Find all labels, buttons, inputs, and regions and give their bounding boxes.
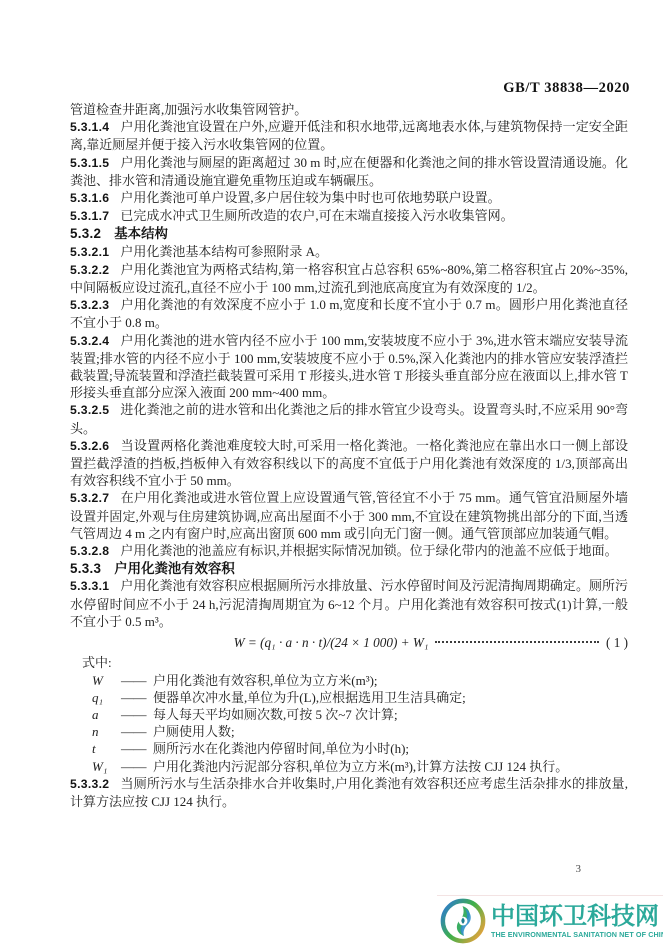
clause-number: 5.3.1.7 [70, 209, 109, 223]
symbol: q₁ [92, 689, 121, 706]
clause-number: 5.3.3.2 [70, 777, 109, 791]
document-page: GB/T 38838—2020 管道检查井距离,加强污水收集管网管护。 5.3.… [0, 0, 663, 945]
symbol: W₁ [92, 758, 121, 775]
continuation-paragraph: 管道检查井距离,加强污水收集管网管护。 [70, 101, 628, 118]
clause-5-3-1-6: 5.3.1.6户用化粪池可单户设置,多户居住较为集中时也可依地势联户设置。 [70, 189, 628, 207]
clause-text: 户用化粪池的进水管内径不应小于 100 mm,安装坡度不应小于 3%,进水管末端… [70, 333, 628, 401]
symbol: a [92, 706, 121, 723]
dash: —— [121, 706, 146, 723]
section-title: 户用化粪池有效容积 [114, 561, 235, 576]
clause-text: 户用化粪池的有效深度不应小于 1.0 m,宽度和长度不宜小于 0.7 m。圆形户… [70, 297, 628, 330]
dash: —— [121, 723, 146, 740]
clause-5-3-1-4: 5.3.1.4户用化粪池宜设置在户外,应避开低洼和积水地带,远离地表水体,与建筑… [70, 118, 628, 153]
dotted-leader [435, 641, 599, 643]
clause-text: 已完成水冲式卫生厕所改造的农户,可在末端直接接入污水收集管网。 [120, 208, 513, 223]
definition-t: t —— 厕所污水在化粪池内停留时间,单位为小时(h); [70, 740, 628, 757]
clause-5-3-2-4: 5.3.2.4户用化粪池的进水管内径不应小于 100 mm,安装坡度不应小于 3… [70, 332, 628, 402]
logo-subtitle-en: THE ENVIRONMENTAL SANITATION NET OF CHIN… [491, 930, 663, 939]
section-number: 5.3.3 [70, 561, 101, 576]
symbol: W [92, 672, 121, 689]
clause-number: 5.3.1.6 [70, 191, 109, 205]
clause-number: 5.3.2.5 [70, 403, 109, 417]
clause-text: 当设置两格化粪池难度较大时,可采用一格化粪池。一格化粪池应在靠出水口一侧上部设置… [70, 438, 628, 488]
paragraph-text: 管道检查井距离,加强污水收集管网管护。 [70, 102, 307, 117]
clause-number: 5.3.2.2 [70, 263, 109, 277]
definition-a: a —— 每人每天平均如厕次数,可按 5 次~7 次计算; [70, 706, 628, 723]
clause-5-3-1-5: 5.3.1.5户用化粪池与厕屋的距离超过 30 m 时,应在便器和化粪池之间的排… [70, 154, 628, 189]
clause-number: 5.3.2.8 [70, 544, 109, 558]
standard-number: GB/T 38838—2020 [503, 80, 630, 97]
clause-text: 在户用化粪池或进水管位置上应设置通气管,管径宜不小于 75 mm。通气管宜沿厕屋… [70, 490, 628, 540]
clause-5-3-2-8: 5.3.2.8户用化粪池的池盖应有标识,并根据实际情况加锁。位于绿化带内的池盖不… [70, 542, 628, 560]
clause-5-3-2-5: 5.3.2.5进化粪池之前的进水管和出化粪池之后的排水管宜少设弯头。设置弯头时,… [70, 401, 628, 436]
definition-q1: q₁ —— 便器单次冲水量,单位为升(L),应根据选用卫生洁具确定; [70, 689, 628, 706]
clause-number: 5.3.3.1 [70, 579, 109, 593]
clause-number: 5.3.1.4 [70, 120, 109, 134]
clause-5-3-2-6: 5.3.2.6当设置两格化粪池难度较大时,可采用一格化粪池。一格化粪池应在靠出水… [70, 437, 628, 490]
clause-5-3-3-2: 5.3.3.2当厕所污水与生活杂排水合并收集时,户用化粪池有效容积还应考虑生活杂… [70, 775, 628, 810]
dash: —— [121, 740, 146, 757]
clause-text: 户用化粪池可单户设置,多户居住较为集中时也可依地势联户设置。 [120, 190, 500, 205]
clause-number: 5.3.2.7 [70, 491, 109, 505]
formula-expression: W = (q₁ · a · n · t)/(24 × 1 000) + W₁ [234, 634, 429, 651]
page-number: 3 [576, 863, 582, 875]
clause-text: 户用化粪池与厕屋的距离超过 30 m 时,应在便器和化粪池之间的排水管设置清通设… [70, 155, 628, 188]
equation-1: W = (q₁ · a · n · t)/(24 × 1 000) + W₁ (… [70, 634, 628, 651]
symbol: n [92, 723, 121, 740]
clause-5-3-1-7: 5.3.1.7已完成水冲式卫生厕所改造的农户,可在末端直接接入污水收集管网。 [70, 207, 628, 225]
clause-text: 当厕所污水与生活杂排水合并收集时,户用化粪池有效容积还应考虑生活杂排水的排放量,… [70, 776, 628, 809]
section-title: 基本结构 [114, 226, 168, 241]
clause-5-3-3-1: 5.3.3.1户用化粪池有效容积应根据厕所污水排放量、污水停留时间及污泥清掏周期… [70, 577, 628, 630]
definition-n: n —— 户厕使用人数; [70, 723, 628, 740]
clause-text: 进化粪池之前的进水管和出化粪池之后的排水管宜少设弯头。设置弯头时,不应采用 90… [70, 402, 628, 435]
definition-text: 厕所污水在化粪池内停留时间,单位为小时(h); [153, 740, 628, 757]
clause-5-3-2-3: 5.3.2.3户用化粪池的有效深度不应小于 1.0 m,宽度和长度不宜小于 0.… [70, 296, 628, 331]
section-heading-5-3-3: 5.3.3户用化粪池有效容积 [70, 560, 628, 577]
clause-text: 户用化粪池宜为两格式结构,第一格容积宜占总容积 65%~80%,第二格容积宜占 … [70, 262, 628, 295]
document-body: 管道检查井距离,加强污水收集管网管护。 5.3.1.4户用化粪池宜设置在户外,应… [70, 101, 628, 810]
clause-text: 户用化粪池有效容积应根据厕所污水排放量、污水停留时间及污泥清掏周期确定。厕所污水… [70, 578, 628, 628]
definition-text: 户用化粪池有效容积,单位为立方米(m³); [153, 672, 628, 689]
equation-number: ( 1 ) [606, 634, 628, 651]
clause-text: 户用化粪池基本结构可参照附录 A。 [120, 244, 328, 259]
clause-text: 户用化粪池宜设置在户外,应避开低洼和积水地带,远离地表水体,与建筑物保持一定安全… [70, 119, 628, 152]
where-label: 式中: [70, 654, 628, 671]
definition-W1: W₁ —— 户用化粪池内污泥部分容积,单位为立方米(m³),计算方法按 CJJ … [70, 758, 628, 775]
logo-icon [440, 898, 486, 944]
symbol: t [92, 740, 121, 757]
clause-5-3-2-7: 5.3.2.7在户用化粪池或进水管位置上应设置通气管,管径宜不小于 75 mm。… [70, 489, 628, 542]
clause-number: 5.3.2.1 [70, 245, 109, 259]
clause-text: 户用化粪池的池盖应有标识,并根据实际情况加锁。位于绿化带内的池盖不应低于地面。 [120, 543, 617, 558]
watermark-logo: 中国环卫科技网 THE ENVIRONMENTAL SANITATION NET… [437, 895, 663, 945]
definition-text: 每人每天平均如厕次数,可按 5 次~7 次计算; [153, 706, 628, 723]
dash: —— [121, 758, 146, 775]
clause-number: 5.3.2.6 [70, 439, 109, 453]
definition-text: 便器单次冲水量,单位为升(L),应根据选用卫生洁具确定; [153, 689, 628, 706]
definition-W: W —— 户用化粪池有效容积,单位为立方米(m³); [70, 672, 628, 689]
clause-number: 5.3.2.4 [70, 334, 109, 348]
clause-number: 5.3.2.3 [70, 298, 109, 312]
clause-5-3-2-2: 5.3.2.2户用化粪池宜为两格式结构,第一格容积宜占总容积 65%~80%,第… [70, 261, 628, 296]
clause-5-3-2-1: 5.3.2.1户用化粪池基本结构可参照附录 A。 [70, 243, 628, 261]
logo-text: 中国环卫科技网 THE ENVIRONMENTAL SANITATION NET… [491, 904, 663, 939]
definition-text: 户用化粪池内污泥部分容积,单位为立方米(m³),计算方法按 CJJ 124 执行… [153, 758, 628, 775]
definition-text: 户厕使用人数; [153, 723, 628, 740]
logo-title-cn: 中国环卫科技网 [491, 904, 663, 929]
section-heading-5-3-2: 5.3.2基本结构 [70, 225, 628, 242]
dash: —— [121, 689, 146, 706]
section-number: 5.3.2 [70, 226, 101, 241]
clause-number: 5.3.1.5 [70, 156, 109, 170]
dash: —— [121, 672, 146, 689]
